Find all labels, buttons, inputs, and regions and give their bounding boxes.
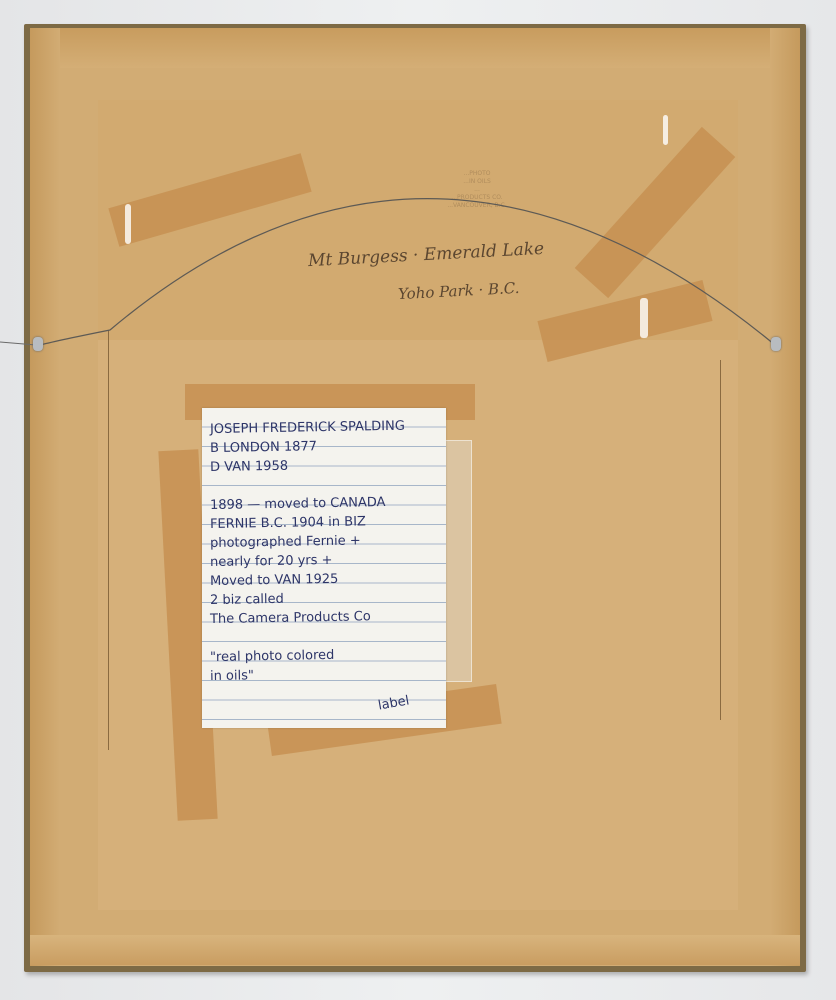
right-screw-eye-icon bbox=[771, 337, 781, 351]
hanging-wire bbox=[0, 0, 836, 1000]
left-screw-eye-icon bbox=[33, 337, 43, 351]
